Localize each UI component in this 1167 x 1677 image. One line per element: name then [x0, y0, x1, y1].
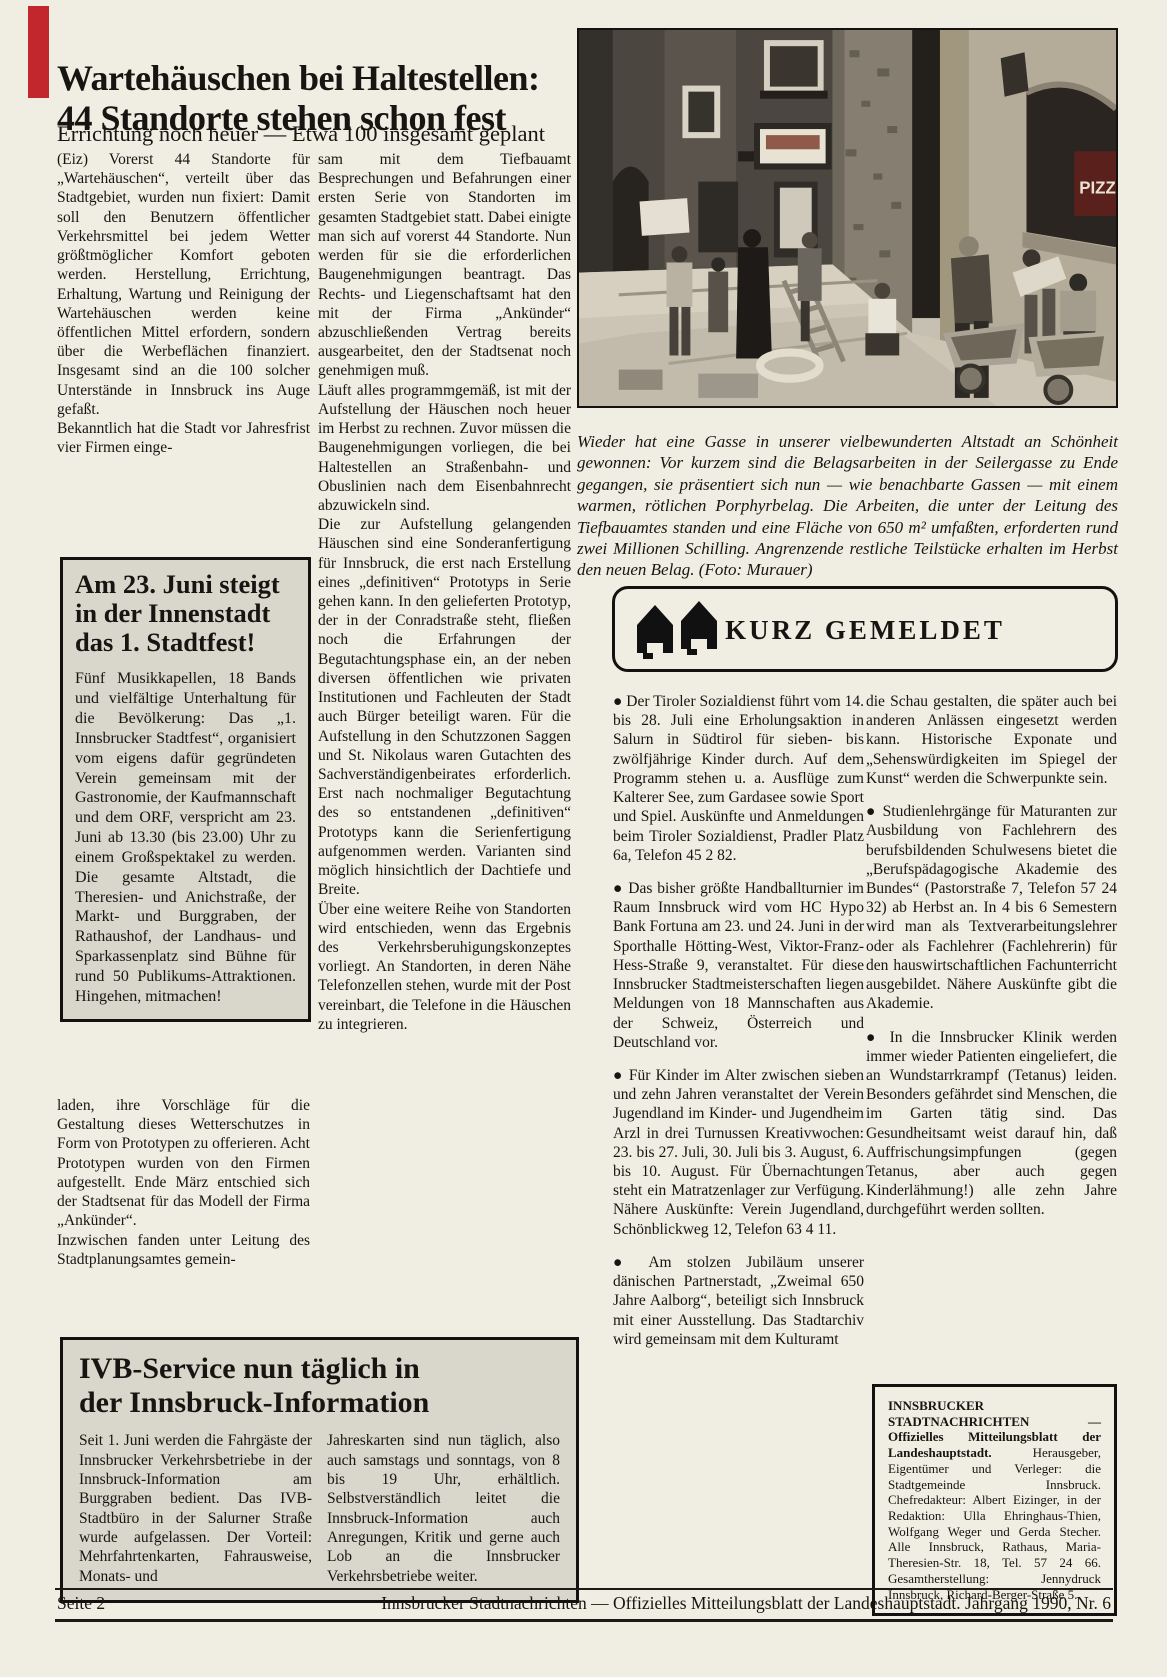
newspaper-page: Wartehäuschen bei Haltestellen: 44 Stand…	[0, 0, 1167, 1677]
ivb-column-2: Jahreskarten sind nun täglich, also auch…	[327, 1431, 560, 1586]
street-scene-illustration: PIZZA	[579, 30, 1116, 406]
kurz-gemeldet-column-2: die Schau gestalten, die später auch bei…	[866, 692, 1117, 1234]
footer-issue-line: Innsbrucker Stadtnachrichten — Offiziell…	[381, 1593, 1111, 1614]
news-item: ● Studienlehrgänge für Maturanten zur Au…	[866, 802, 1117, 1013]
paragraph: Inzwischen fanden unter Leitung des Stad…	[57, 1231, 310, 1269]
impressum-text: INNSBRUCKER STADTNACHRICHTEN — Offiziell…	[888, 1398, 1101, 1602]
ivb-service-box: IVB-Service nun täglich in der Innsbruck…	[60, 1337, 579, 1603]
kurz-gemeldet-header: KURZ GEMELDET	[612, 586, 1118, 672]
paragraph: Läuft alles programmgemäß, ist mit der A…	[318, 381, 571, 516]
lead-column-2: sam mit dem Tiefbauamt Besprechungen und…	[318, 150, 571, 1346]
impressum-box: INNSBRUCKER STADTNACHRICHTEN — Offiziell…	[872, 1384, 1117, 1616]
lead-column-1-continued: laden, ihre Vorschläge für die Gestaltun…	[57, 1096, 310, 1269]
paragraph: laden, ihre Vorschläge für die Gestaltun…	[57, 1096, 310, 1231]
pizza-sign-text: PIZZA	[1079, 179, 1116, 198]
news-item: die Schau gestalten, die später auch bei…	[866, 692, 1117, 788]
kurz-gemeldet-title: KURZ GEMELDET	[615, 615, 1115, 646]
kurz-gemeldet-column-1: ● Der Tiroler Sozialdienst führt vom 14.…	[613, 692, 864, 1363]
news-item: ● In die Innsbrucker Klinik werden immer…	[866, 1028, 1117, 1220]
ivb-title: IVB-Service nun täglich in der Innsbruck…	[79, 1352, 560, 1419]
lead-subhead: Errichtung noch heuer — Etwa 100 insgesa…	[57, 122, 582, 147]
ivb-column-1: Seit 1. Juni werden die Fahrgäste der In…	[79, 1431, 312, 1586]
page-footer: Seite 2 Innsbrucker Stadtnachrichten — O…	[55, 1588, 1113, 1622]
stadtfest-title: Am 23. Juni steigt in der Innenstadt das…	[75, 570, 296, 657]
photo-caption: Wieder hat eine Gasse in unserer vielbew…	[577, 431, 1118, 581]
footer-page-number: Seite 2	[57, 1593, 105, 1614]
seilergasse-photo: PIZZA	[577, 28, 1118, 408]
paragraph: (Eiz) Vorerst 44 Standorte für „Wartehäu…	[57, 150, 310, 419]
paragraph: Bekanntlich hat die Stadt vor Jahresfris…	[57, 419, 310, 457]
paragraph: Über eine weitere Reihe von Standorten w…	[318, 900, 571, 1035]
paragraph: Die zur Aufstellung gelangenden Häuschen…	[318, 515, 571, 899]
stadtfest-body: Fünf Musikkapellen, 18 Bands und vielfäl…	[75, 669, 296, 1006]
news-item: ● Für Kinder im Alter zwischen sieben un…	[613, 1066, 864, 1239]
news-item: ● Der Tiroler Sozialdienst führt vom 14.…	[613, 692, 864, 865]
news-item: ● Das bisher größte Handballturnier im R…	[613, 879, 864, 1052]
red-edge-mark	[28, 6, 49, 98]
impressum-details: Herausgeber, Eigentümer und Verleger: di…	[888, 1445, 1101, 1601]
lead-column-1: (Eiz) Vorerst 44 Standorte für „Wartehäu…	[57, 150, 310, 458]
news-item: ● Am stolzen Jubiläum unserer dänischen …	[613, 1253, 864, 1349]
stadtfest-box: Am 23. Juni steigt in der Innenstadt das…	[60, 557, 311, 1022]
paragraph: sam mit dem Tiefbauamt Besprechungen und…	[318, 150, 571, 381]
